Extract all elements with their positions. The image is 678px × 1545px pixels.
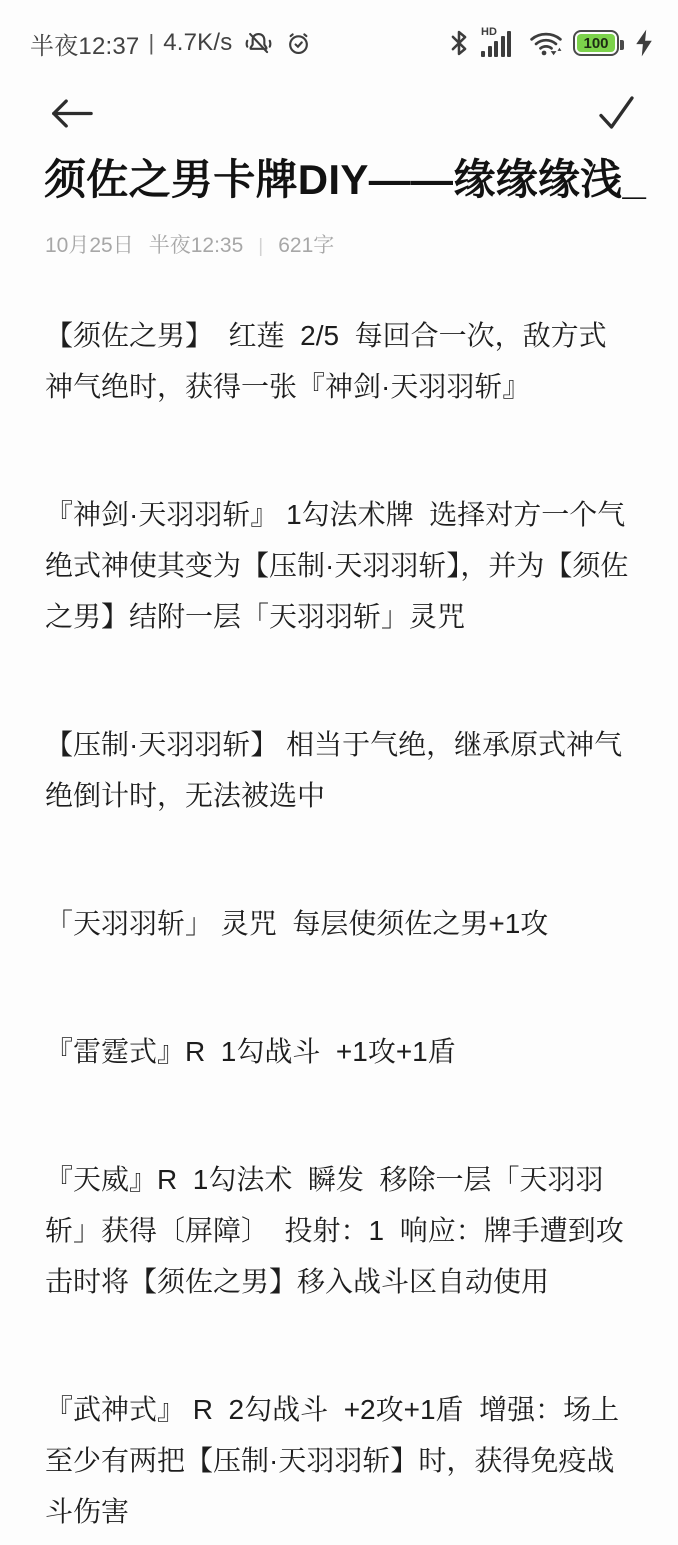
confirm-button[interactable] [594, 91, 638, 135]
meta-divider: | [258, 236, 263, 258]
note-paragraph[interactable]: 『武神式』 R 2勾战斗 +2攻+1盾 增强：场上至少有两把【压制·天羽羽斩】时… [45, 1384, 632, 1537]
word-count: 621字 [278, 229, 334, 259]
note-paragraph[interactable]: 『神剑·天羽羽斩』 1勾法术牌 选择对方一个气绝式神使其变为【压制·天羽羽斩】，… [45, 489, 632, 642]
signal-bars [481, 31, 519, 57]
status-time: 半夜12:37 [30, 26, 139, 61]
note-meta: 10月25日 半夜12:35 | 621字 [45, 229, 633, 259]
note-paragraph[interactable]: 【压制·天羽羽斩】 相当于气绝，继承原式神气绝倒计时，无法被选中 [45, 719, 632, 821]
note-paragraph[interactable]: 『天威』R 1勾法术 瞬发 移除一层「天羽羽斩」获得〔屏障〕 投射：1 响应：牌… [45, 1154, 632, 1307]
status-left: 半夜12:37 | 4.7K/s [30, 26, 312, 61]
battery-icon: 100 [573, 30, 619, 56]
vibrate-muted-icon [245, 30, 272, 57]
status-right: HD 100 [447, 27, 654, 59]
battery-level: 100 [577, 34, 615, 52]
nav-bar [0, 62, 678, 134]
network-speed: 4.7K/s [163, 29, 232, 57]
check-icon [594, 91, 638, 135]
charging-icon [634, 29, 654, 57]
battery-nub [620, 40, 624, 50]
note-time: 半夜12:35 [149, 229, 244, 259]
back-button[interactable] [48, 96, 94, 131]
alarm-icon [285, 30, 312, 57]
wifi-icon [529, 28, 563, 58]
note-editor-screen: 半夜12:37 | 4.7K/s [0, 0, 678, 1545]
hd-signal-icon: HD [481, 27, 519, 59]
note-date: 10月25日 [45, 229, 134, 259]
arrow-left-icon [48, 96, 94, 131]
note-body[interactable]: 【须佐之男】 红莲 2/5 每回合一次，敌方式神气绝时，获得一张『神剑·天羽羽斩… [45, 310, 632, 1537]
bluetooth-icon [447, 29, 471, 57]
status-bar: 半夜12:37 | 4.7K/s [0, 0, 678, 62]
note-paragraph[interactable]: 「天羽羽斩」 灵咒 每层使须佐之男+1攻 [45, 898, 632, 949]
note-title[interactable]: 须佐之男卡牌DIY——缘缘缘浅_ [44, 152, 638, 208]
status-separator: | [146, 30, 156, 56]
note-paragraph[interactable]: 【须佐之男】 红莲 2/5 每回合一次，敌方式神气绝时，获得一张『神剑·天羽羽斩… [45, 310, 632, 412]
note-paragraph[interactable]: 『雷霆式』R 1勾战斗 +1攻+1盾 [45, 1026, 632, 1077]
